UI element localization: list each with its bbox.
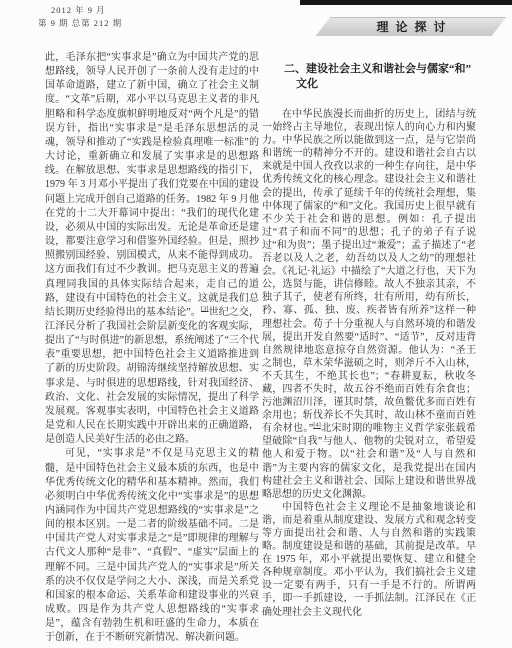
section-banner-label: 理论探讨 — [323, 17, 499, 36]
paragraph-text: 北宋时期的唯物主义哲学家张载希望破除“自我”与他人、他物的尖锐对立，希望爱他人和… — [262, 423, 476, 499]
journal-issue-info: 2012 年 9 月 第 9 期 总第 212 期 — [38, 4, 122, 29]
paragraph-text: 此，毛泽东把“实事求是”确立为中国共产党的思想路线，领导人民开创了一条前人没有走… — [45, 52, 259, 318]
left-column: 此，毛泽东把“实事求是”确立为中国共产党的思想路线，领导人民开创了一条前人没有走… — [45, 51, 259, 646]
paragraph-text: 在中华民族漫长而曲折的历史上，团结与统一始终占主导地位，表现出惊人的向心力和内聚… — [262, 109, 476, 434]
paragraph-text: 世纪之交，江泽民分析了我国社会阶层新变化的客观实际，提出了“与时俱进”的新思想，… — [45, 307, 259, 445]
paragraph-continued: 此，毛泽东把“实事求是”确立为中国共产党的思想路线，领导人民开创了一条前人没有走… — [45, 51, 259, 447]
paragraph: 可见，“实事求是”不仅是马克思主义的精髓，是中国特色社会主义最本质的东西，也是中… — [45, 447, 259, 645]
header-rule-bar — [300, 0, 512, 5]
section-heading-line2: 文化 — [262, 77, 476, 92]
right-column: 二、建设社会主义和谐社会与儒家“和” 文化 在中华民族漫长而曲折的历史上，团结与… — [262, 51, 476, 619]
citation-marker: [4] — [313, 422, 321, 429]
section-banner: 理论探讨 — [323, 17, 499, 36]
journal-date: 2012 年 9 月 — [38, 4, 122, 17]
paragraph: 中国特色社会主义理论不是抽象地谈论和谐，而是着重从制度建设、发展方式和观念转变等… — [262, 501, 476, 619]
citation-marker: [3] — [201, 305, 209, 312]
journal-page: 2012 年 9 月 第 9 期 总第 212 期 理论探讨 此，毛泽东把“实事… — [0, 0, 512, 648]
section-heading-line1: 二、建设社会主义和谐社会与儒家“和” — [262, 62, 476, 77]
section-heading: 二、建设社会主义和谐社会与儒家“和” 文化 — [262, 62, 476, 92]
paragraph: 在中华民族漫长而曲折的历史上，团结与统一始终占主导地位，表现出惊人的向心力和内聚… — [262, 108, 476, 501]
journal-issue-number: 第 9 期 总第 212 期 — [38, 17, 122, 30]
